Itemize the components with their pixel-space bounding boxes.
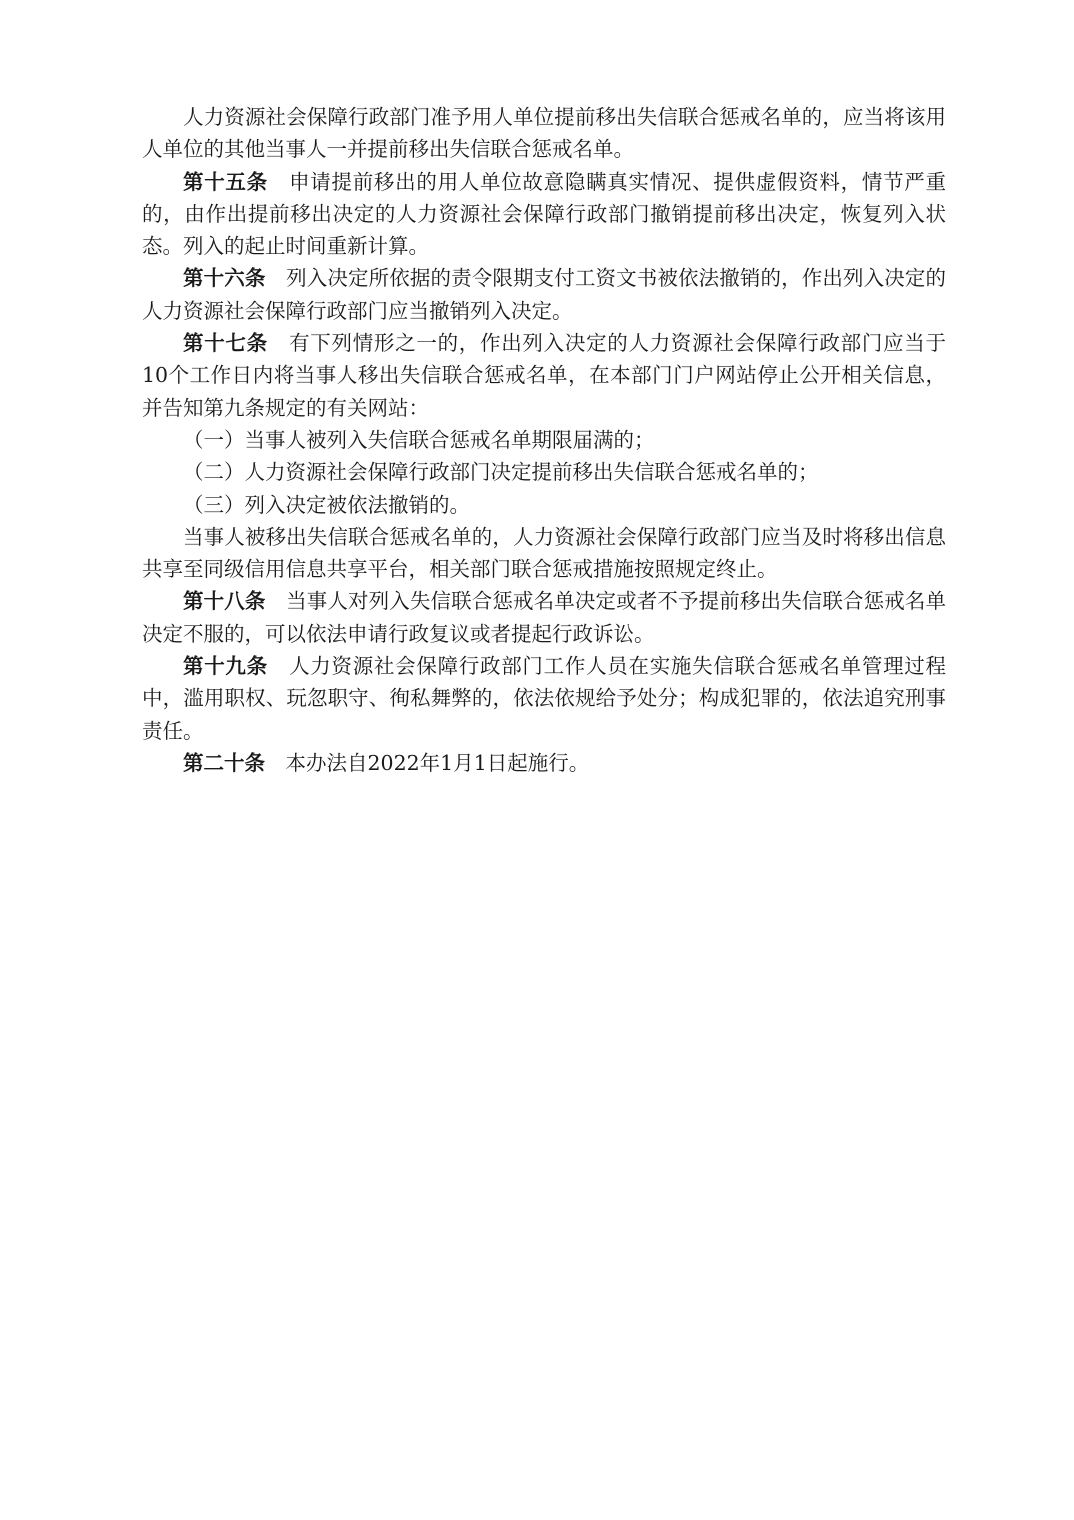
- article-17: 第十七条有下列情形之一的，作出列入决定的人力资源社会保障行政部门应当于10个工作…: [142, 327, 946, 424]
- article-number: 第十七条: [183, 331, 268, 355]
- article-number: 第二十条: [183, 751, 265, 775]
- list-item: （一）当事人被列入失信联合惩戒名单期限届满的；: [142, 424, 946, 456]
- document-page: 人力资源社会保障行政部门准予用人单位提前移出失信联合惩戒名单的，应当将该用人单位…: [142, 101, 946, 779]
- article-15: 第十五条申请提前移出的用人单位故意隐瞒真实情况、提供虚假资料，情节严重的，由作出…: [142, 166, 946, 263]
- article-19: 第十九条人力资源社会保障行政部门工作人员在实施失信联合惩戒名单管理过程中，滥用职…: [142, 650, 946, 747]
- paragraph-text: 人力资源社会保障行政部门准予用人单位提前移出失信联合惩戒名单的，应当将该用人单位…: [142, 105, 946, 161]
- paragraph-removal-sharing: 当事人被移出失信联合惩戒名单的，人力资源社会保障行政部门应当及时将移出信息共享至…: [142, 521, 946, 586]
- article-text: 本办法自2022年1月1日起施行。: [286, 751, 590, 775]
- article-16: 第十六条列入决定所依据的责令限期支付工资文书被依法撤销的，作出列入决定的人力资源…: [142, 262, 946, 327]
- article-number: 第十五条: [183, 170, 268, 194]
- paragraph-text: 当事人被移出失信联合惩戒名单的，人力资源社会保障行政部门应当及时将移出信息共享至…: [142, 525, 946, 581]
- article-number: 第十八条: [183, 589, 266, 613]
- paragraph-removal-others: 人力资源社会保障行政部门准予用人单位提前移出失信联合惩戒名单的，应当将该用人单位…: [142, 101, 946, 166]
- article-18: 第十八条当事人对列入失信联合惩戒名单决定或者不予提前移出失信联合惩戒名单决定不服…: [142, 585, 946, 650]
- list-item: （三）列入决定被依法撤销的。: [142, 489, 946, 521]
- article-number: 第十九条: [183, 654, 268, 678]
- article-20: 第二十条本办法自2022年1月1日起施行。: [142, 747, 946, 779]
- article-number: 第十六条: [183, 266, 266, 290]
- list-item: （二）人力资源社会保障行政部门决定提前移出失信联合惩戒名单的；: [142, 456, 946, 488]
